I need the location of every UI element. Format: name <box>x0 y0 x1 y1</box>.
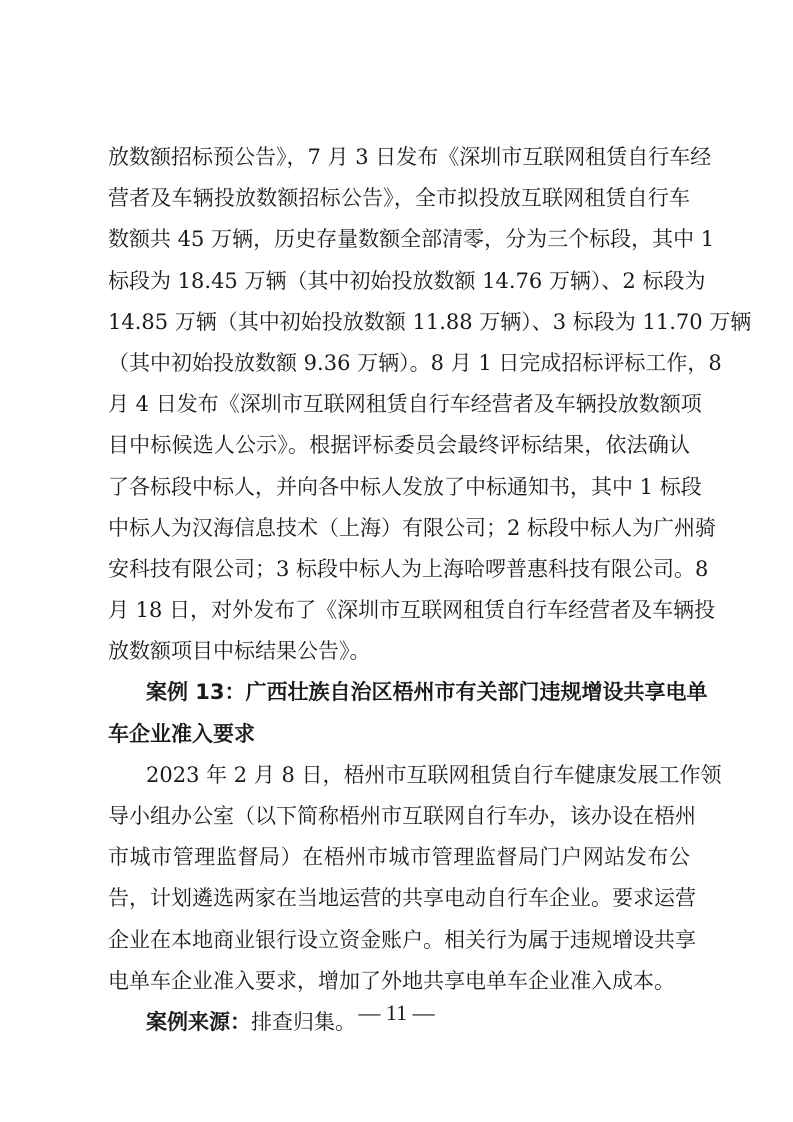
text-line: 了各标段中标人，并向各中标人发放了中标通知书，其中 1 标段 <box>108 467 690 508</box>
text-line: 放数额招标预公告》，7 月 3 日发布《深圳市互联网租赁自行车经 <box>108 137 690 178</box>
text-line: 告，计划遴选两家在当地运营的共享电动自行车企业。要求运营 <box>108 878 690 919</box>
text-line: 14.85 万辆（其中初始投放数额 11.88 万辆）、3 标段为 11.70 … <box>108 302 690 343</box>
text-line: 标段为 18.45 万辆（其中初始投放数额 14.76 万辆）、2 标段为 <box>108 261 690 302</box>
text-line: 营者及车辆投放数额招标公告》，全市拟投放互联网租赁自行车 <box>108 178 690 219</box>
text-line: 月 4 日发布《深圳市互联网租赁自行车经营者及车辆投放数额项 <box>108 384 690 425</box>
text-line: 安科技有限公司；3 标段中标人为上海哈啰普惠科技有限公司。8 <box>108 549 690 590</box>
text-line: 目中标候选人公示》。根据评标委员会最终评标结果，依法确认 <box>108 425 690 466</box>
heading-line: 车企业准入要求 <box>108 714 690 755</box>
text-line: 放数额项目中标结果公告》。 <box>108 631 690 672</box>
text-line: 导小组办公室（以下简称梧州市互联网自行车办，该办设在梧州 <box>108 796 690 837</box>
case-13-heading: 案例 13：广西壮族自治区梧州市有关部门违规增设共享电单 车企业准入要求 <box>108 672 690 754</box>
case-13-body: 2023 年 2 月 8 日，梧州市互联网租赁自行车健康发展工作领 导小组办公室… <box>108 755 690 1002</box>
text-line: 2023 年 2 月 8 日，梧州市互联网租赁自行车健康发展工作领 <box>108 755 690 796</box>
page-number: — 11 — <box>0 1000 793 1026</box>
text-line: 月 18 日，对外发布了《深圳市互联网租赁自行车经营者及车辆投 <box>108 590 690 631</box>
text-line: 企业在本地商业银行设立资金账户。相关行为属于违规增设共享 <box>108 920 690 961</box>
text-line: 市城市管理监督局）在梧州市城市管理监督局门户网站发布公 <box>108 837 690 878</box>
text-line: 数额共 45 万辆，历史存量数额全部清零，分为三个标段，其中 1 <box>108 219 690 260</box>
heading-line: 案例 13：广西壮族自治区梧州市有关部门违规增设共享电单 <box>108 672 690 713</box>
text-line: 电单车企业准入要求，增加了外地共享电单车企业准入成本。 <box>108 961 690 1002</box>
document-page: 放数额招标预公告》，7 月 3 日发布《深圳市互联网租赁自行车经 营者及车辆投放… <box>108 137 690 1043</box>
text-line: （其中初始投放数额 9.36 万辆）。8 月 1 日完成招标评标工作，8 <box>108 343 690 384</box>
paragraph-shenzhen-bidding: 放数额招标预公告》，7 月 3 日发布《深圳市互联网租赁自行车经 营者及车辆投放… <box>108 137 690 672</box>
text-line: 中标人为汉海信息技术（上海）有限公司；2 标段中标人为广州骑 <box>108 508 690 549</box>
